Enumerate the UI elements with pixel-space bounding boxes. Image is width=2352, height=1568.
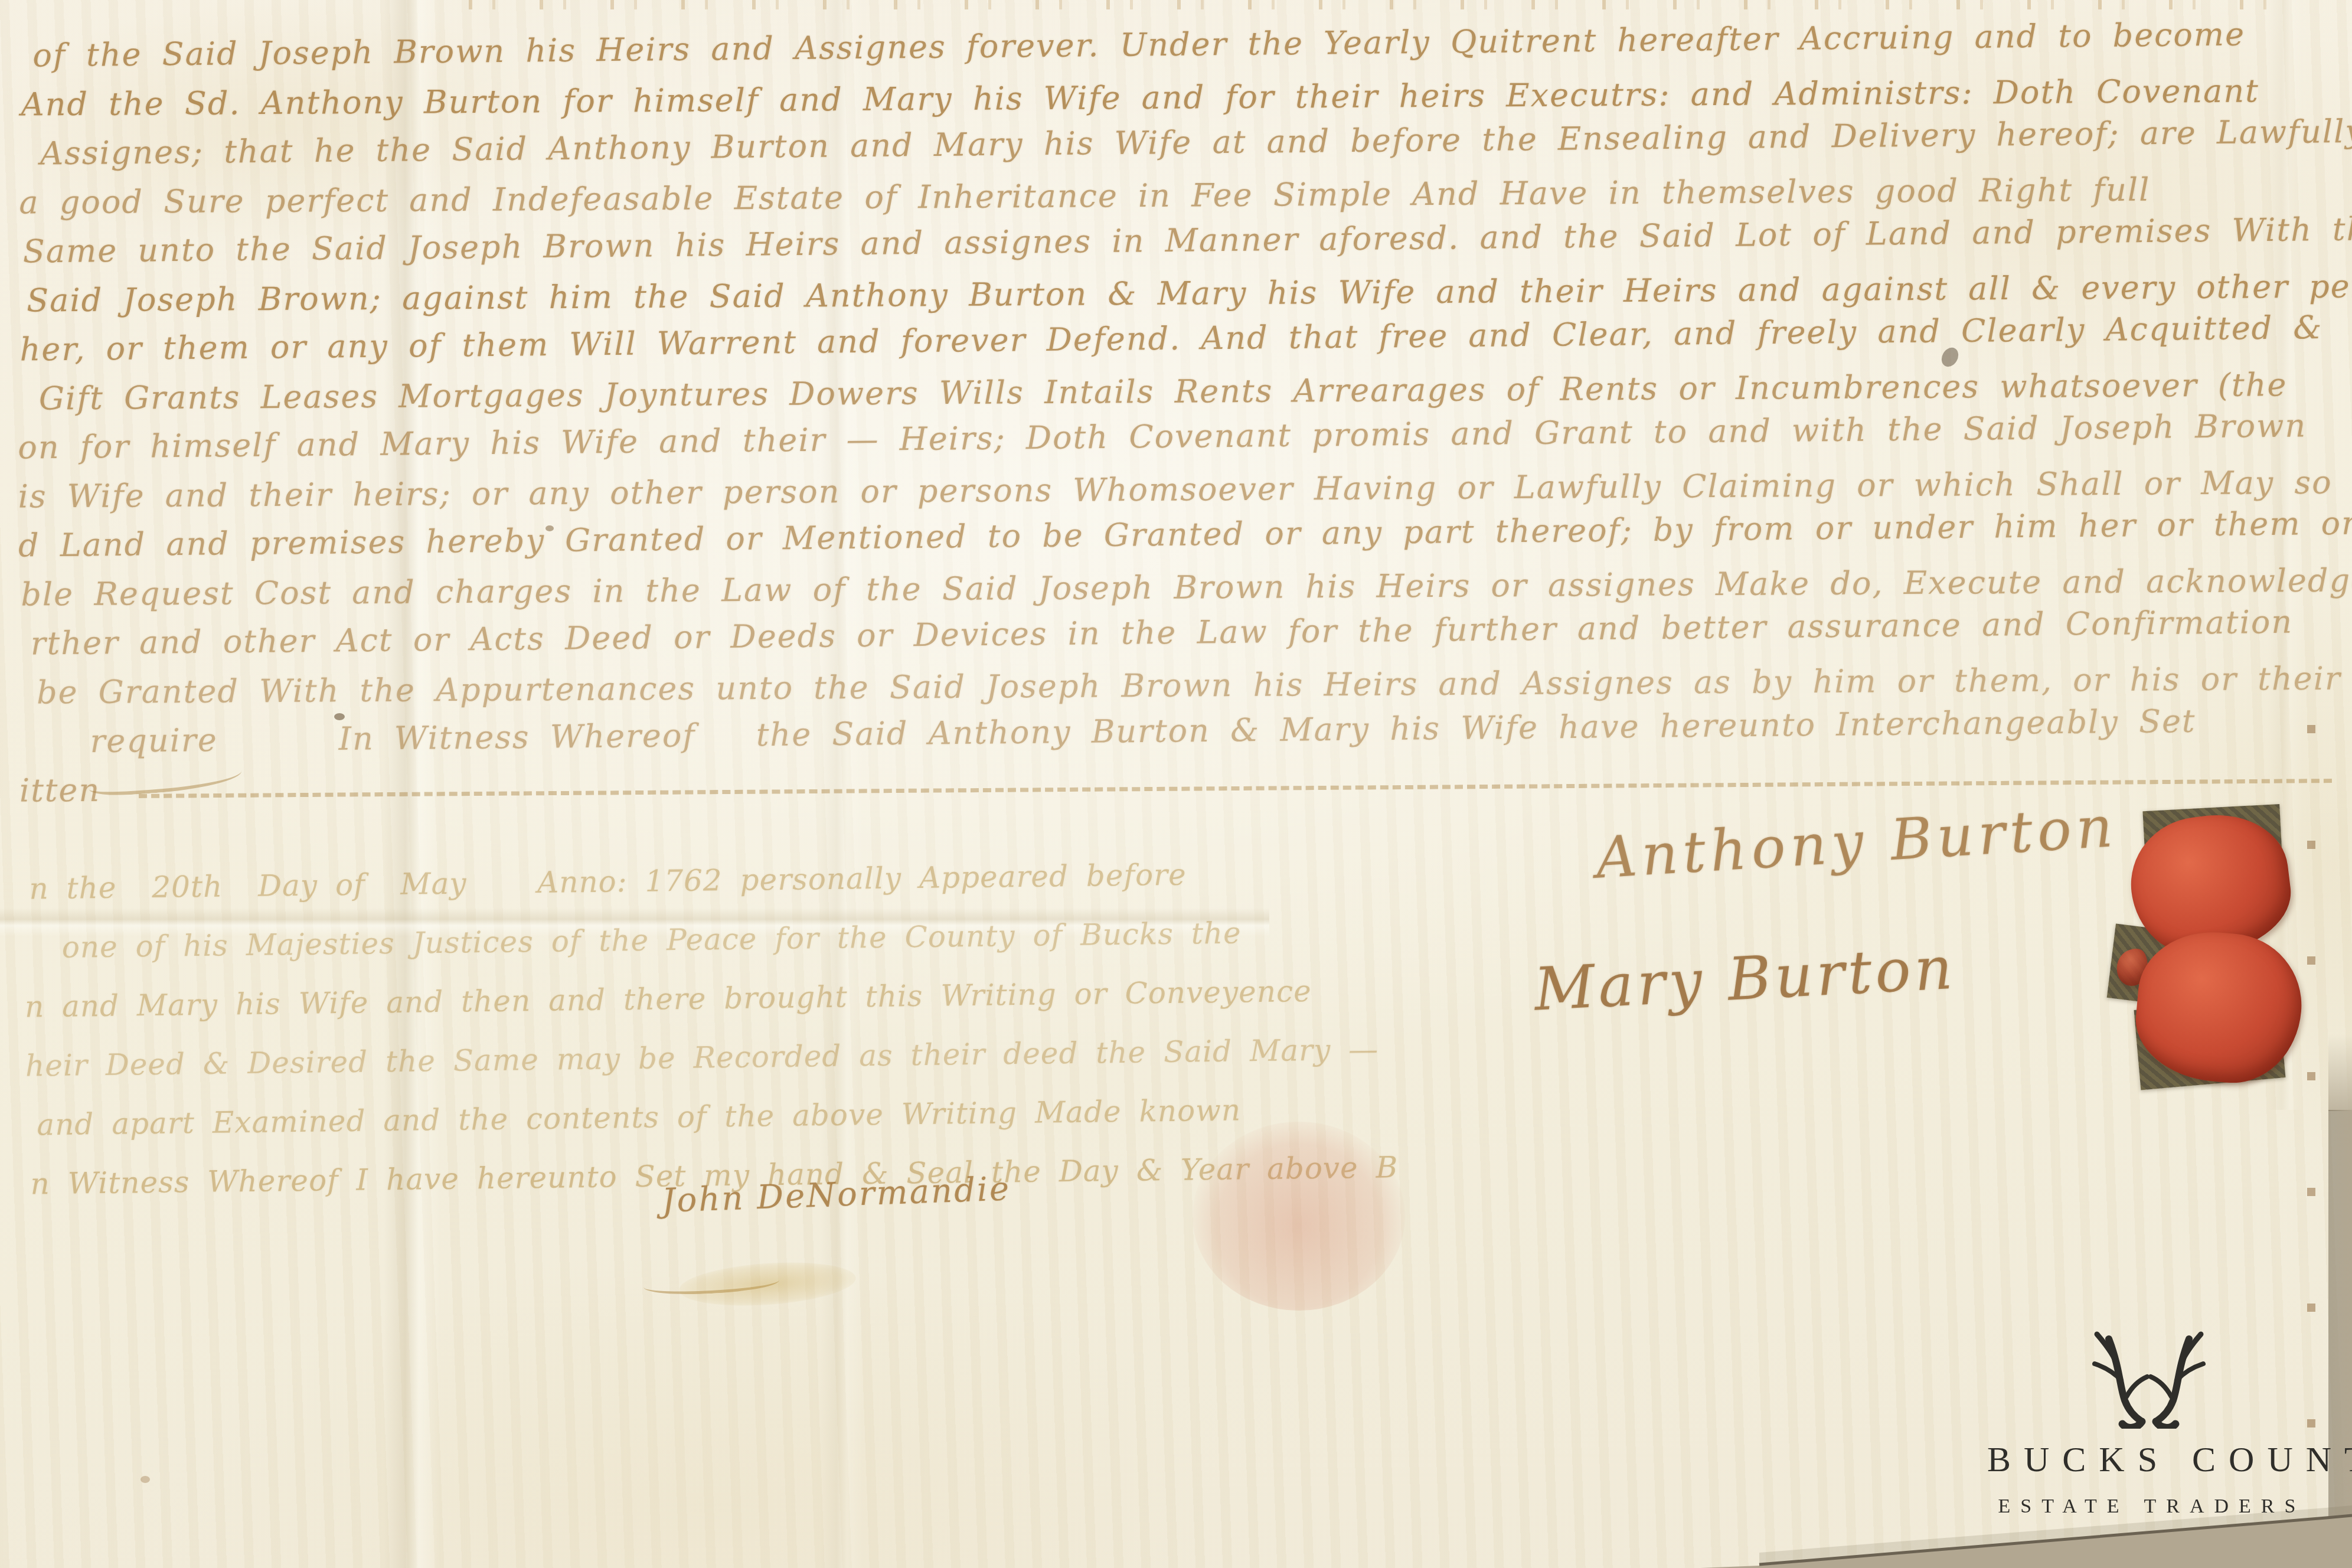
red-stain <box>1193 1122 1405 1311</box>
ink-speck <box>334 713 345 720</box>
ink-speck <box>545 525 554 531</box>
ink-speck <box>141 1476 150 1483</box>
deed-photograph: of the Said Joseph Brown his Heirs and A… <box>0 0 2352 1568</box>
brand-subtitle: ESTATE TRADERS <box>1985 1495 2319 1518</box>
probate-text-line: heir Deed & Desired the Same may be Reco… <box>25 1033 1379 1083</box>
probate-text: n the 20th Day of May Anno: 1762 persona… <box>12 0 1444 1249</box>
table-backdrop-fade <box>2328 1034 2352 1111</box>
yellow-smear <box>678 1257 857 1311</box>
antlers-icon <box>2072 1328 2226 1429</box>
wax-seal-assembly <box>2119 808 2308 1091</box>
probate-text-line: n the 20th Day of May Anno: 1762 persona… <box>29 858 1187 906</box>
probate-text-line: one of his Majesties Justices of the Pea… <box>61 916 1242 964</box>
probate-text-line: n and Mary his Wife and then and there b… <box>25 974 1312 1024</box>
signature-mary-burton: Mary Burton <box>1533 933 1958 1024</box>
watermark-logo: BUCKS COUNTY ESTATE TRADERS <box>1979 1328 2319 1518</box>
brand-name: BUCKS COUNTY <box>1987 1439 2319 1480</box>
probate-text-line: and apart Examined and the contents of t… <box>37 1093 1241 1142</box>
